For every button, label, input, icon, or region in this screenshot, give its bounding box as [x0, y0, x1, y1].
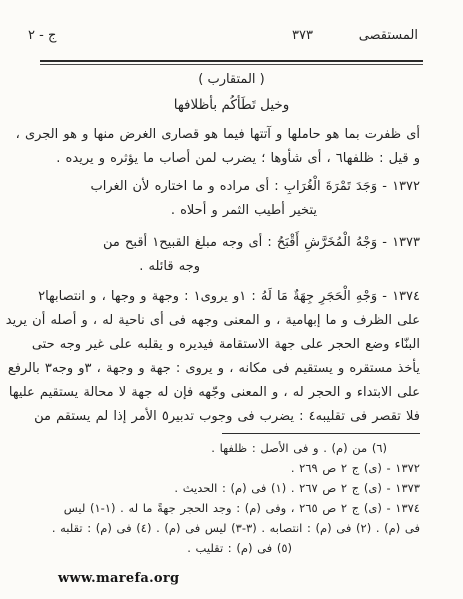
text-line: يأخذ مستقره و يستقيم فى مكانه ، و يروى :… [36, 357, 420, 381]
footnote-line: ١٣٧٢ - (ى) ج ٢ ص ٢٦٩ . [30, 458, 420, 478]
text-line: فلا تقصر فى تقليبه٤ : يضرب فى وجوب تدبير… [36, 405, 420, 429]
text-line: البنّاء وضع الحجر على جهة الاستقامة فيدي… [36, 333, 420, 357]
entry-1373: ١٣٧٣ - وَجْهُ الْمُخَرَّشِ أَقْبَحُ : أى… [36, 231, 420, 279]
header-rule [40, 60, 423, 65]
footnotes-block: (٦) من (م) . و فى الأصل : ظلفها . ١٣٧٢ -… [0, 434, 463, 558]
main-text: أى ظفرت بما هو حاملها و آتتها فيما هو قص… [0, 123, 463, 429]
page-header: المستقصى ٣٧٣ ج - ٢ [0, 28, 463, 50]
text-line: ١٣٧٢ - وَجَدَ تَمْرَةَ الْغُرَابِ : أى م… [36, 175, 420, 199]
entry-1374: ١٣٧٤ - وَجْهِ الْحَجَرِ جِهَةٌ مَا لَهُ … [36, 285, 420, 429]
scanned-book-page: المستقصى ٣٧٣ ج - ٢ ( المتقارب ) وخيل تَط… [0, 0, 463, 599]
marefa-watermark: www.marefa.org [58, 571, 179, 586]
footnote-line: ١٣٧٣ - (ى) ج ٢ ص ٢٦٧ . (١) فى (م) : الحد… [30, 478, 420, 498]
footnote-line: ١٣٧٤ - (ى) ج ٢ ص ٢٦٥ ، وفى (م) : وجد الح… [30, 498, 420, 518]
verse-line: وخيل تَطَأكُم بأظلافها [0, 93, 463, 117]
meter-label: ( المتقارب ) [0, 67, 463, 93]
text-line: يتخير أطيب الثمر و أحلاه . [36, 199, 317, 223]
footnote-line: (٦) من (م) . و فى الأصل : ظلفها . [30, 438, 387, 458]
header-volume-label: ج - ٢ [28, 28, 56, 43]
header-page-number: ٣٧٣ [292, 28, 313, 43]
header-book-title: المستقصى [359, 28, 418, 43]
entry-1372: ١٣٧٢ - وَجَدَ تَمْرَةَ الْغُرَابِ : أى م… [36, 175, 420, 223]
text-line: أى ظفرت بما هو حاملها و آتتها فيما هو قص… [36, 123, 420, 147]
text-line: ١٣٧٤ - وَجْهِ الْحَجَرِ جِهَةٌ مَا لَهُ … [36, 285, 420, 309]
text-line: على الابتداء و الحجر له ، و المعنى وجّهه… [36, 381, 420, 405]
footnote-line: فى (م) . (٢) فى (م) : انتصابه . (٣-٣) لي… [30, 518, 420, 538]
text-line: على الظرف و ما إبهامية ، و المعنى وجهه ف… [36, 309, 420, 333]
text-line: و قيل : ظلفها٦ ، أى شأوها ؛ يضرب لمن أصا… [36, 147, 420, 171]
intro-paragraph: أى ظفرت بما هو حاملها و آتتها فيما هو قص… [36, 123, 420, 171]
text-line: وجه قائله . [36, 255, 200, 279]
footnote-line: (٥) فى (م) : تقليب . [30, 538, 292, 558]
text-line: ١٣٧٣ - وَجْهُ الْمُخَرَّشِ أَقْبَحُ : أى… [36, 231, 420, 255]
